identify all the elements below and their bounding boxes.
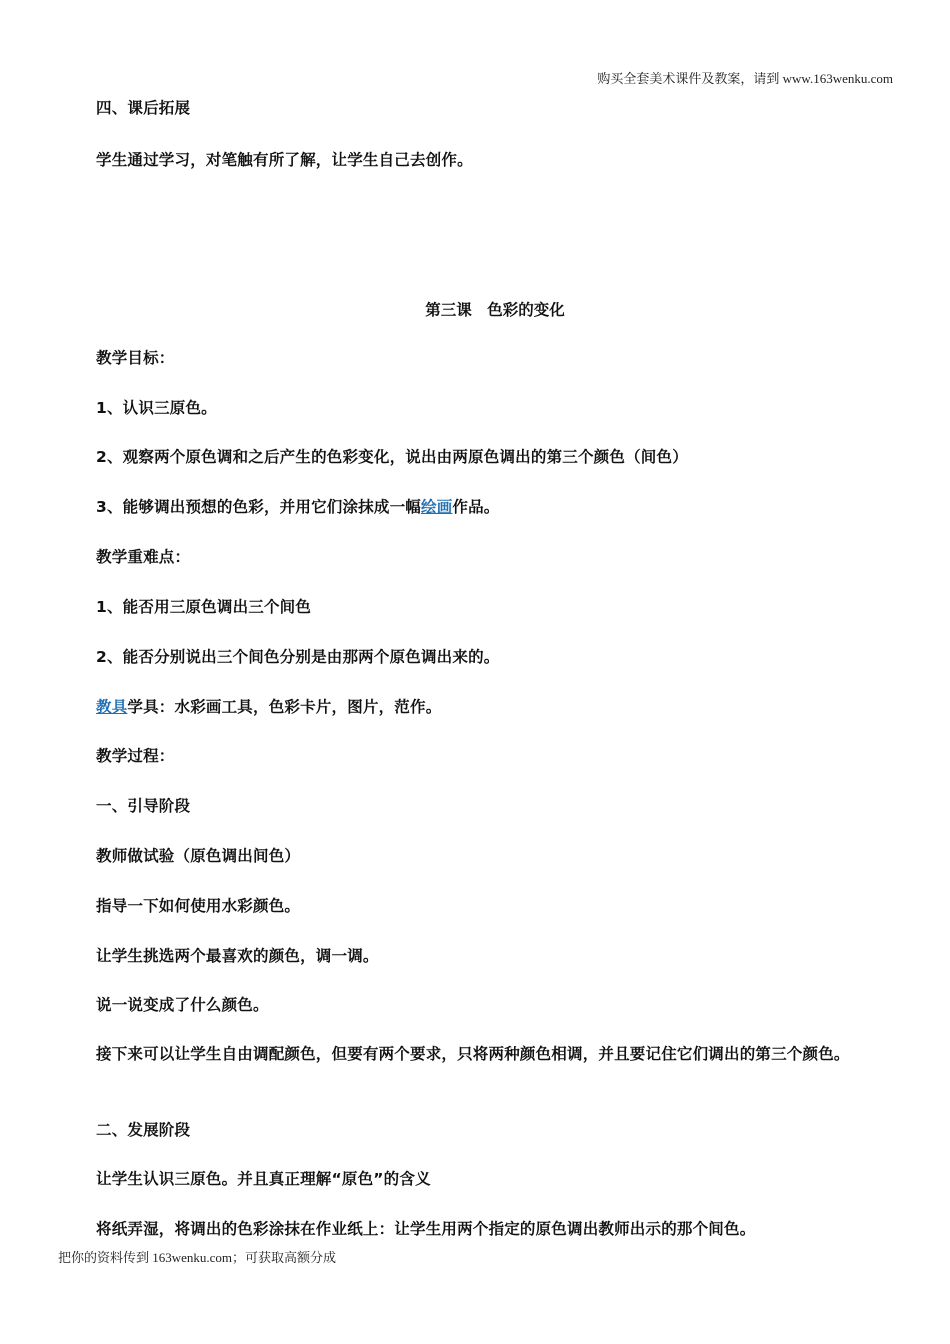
- painting-link[interactable]: 绘画: [421, 498, 452, 516]
- process-heading: 教学过程：: [96, 746, 175, 766]
- teaching-aids-link[interactable]: 教具: [96, 698, 127, 716]
- key-points-heading: 教学重难点：: [96, 547, 190, 567]
- stage2-paragraph: 将纸弄湿，将调出的色彩涂抹在作业纸上：让学生用两个指定的原色调出教师出示的那个间…: [58, 1217, 894, 1241]
- stage1-line: 指导一下如何使用水彩颜色。: [96, 896, 300, 916]
- goal-item: 1、认识三原色。: [96, 398, 217, 418]
- goal3-text-end: 作品。: [452, 498, 499, 516]
- section-text-extension: 学生通过学习，对笔触有所了解，让学生自己去创作。: [96, 150, 473, 170]
- key-point-item: 2、能否分别说出三个间色分别是由那两个原色调出来的。: [96, 647, 500, 667]
- key-point-item: 1、能否用三原色调出三个间色: [96, 597, 311, 617]
- stage1-line: 说一说变成了什么颜色。: [96, 995, 269, 1015]
- tools-text: 学具：水彩画工具，色彩卡片，图片，范作。: [127, 698, 441, 716]
- lesson-title: 第三课 色彩的变化: [0, 298, 950, 320]
- stage2-line: 让学生认识三原色。并且真正理解“原色”的含义: [96, 1169, 431, 1189]
- section-heading-extension: 四、课后拓展: [96, 98, 190, 118]
- header-note: 购买全套美术课件及教案，请到 www.163wenku.com: [597, 68, 893, 87]
- stage1-line: 让学生挑选两个最喜欢的颜色，调一调。: [96, 946, 379, 966]
- stage1-line: 教师做试验（原色调出间色）: [96, 846, 300, 866]
- goals-heading: 教学目标：: [96, 348, 175, 368]
- stage2-heading: 二、发展阶段: [96, 1120, 190, 1140]
- stage1-heading: 一、引导阶段: [96, 796, 190, 816]
- stage1-paragraph: 接下来可以让学生自由调配颜色，但要有两个要求，只将两种颜色相调，并且要记住它们调…: [58, 1042, 894, 1066]
- goal3-text: 3、能够调出预想的色彩，并用它们涂抹成一幅: [96, 498, 421, 516]
- goal-item: 2、观察两个原色调和之后产生的色彩变化，说出由两原色调出的第三个颜色（间色）: [96, 447, 688, 467]
- goal-item: 3、能够调出预想的色彩，并用它们涂抹成一幅绘画作品。: [96, 497, 500, 517]
- tools-line: 教具学具：水彩画工具，色彩卡片，图片，范作。: [96, 697, 441, 717]
- footer-note: 把你的资料传到 163wenku.com；可获取高额分成: [58, 1247, 336, 1266]
